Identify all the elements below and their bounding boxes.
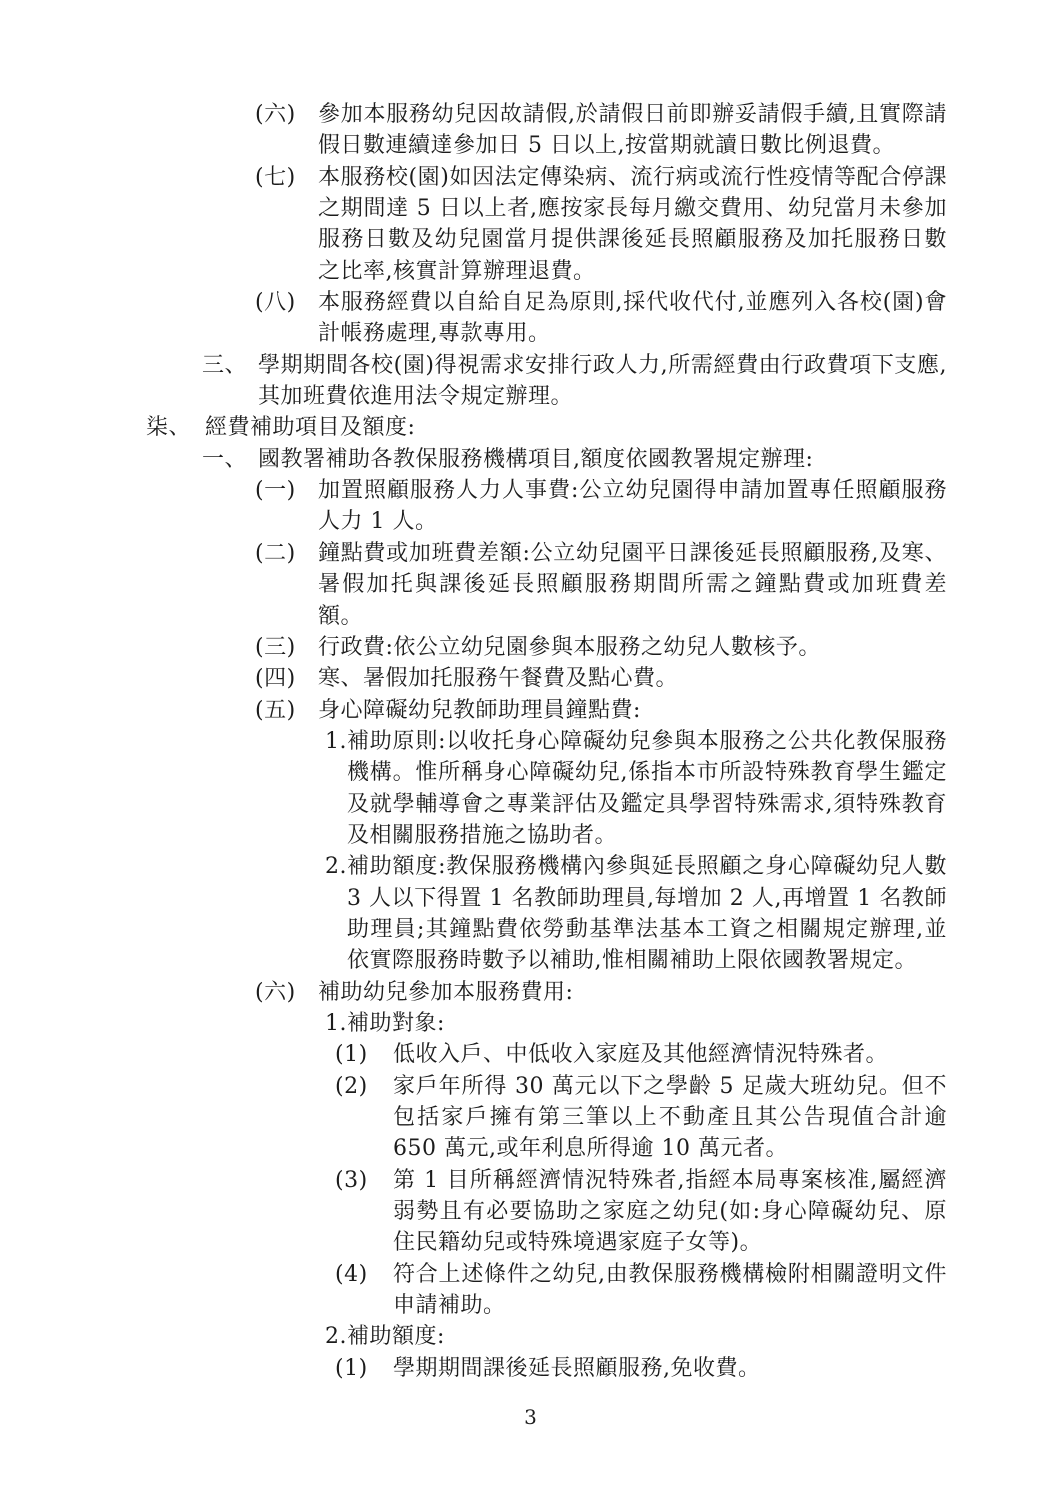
list-item-label: 2. [325,851,347,976]
list-item-text: 補助對象: [347,1008,947,1039]
list-item-label: (1) [335,1039,393,1070]
list-item-text: 國教署補助各教保服務機構項目,額度依國教署規定辦理: [258,444,947,475]
list-item-label: 1. [325,726,347,851]
list-item-text: 鐘點費或加班費差額:公立幼兒園平日課後延長照顧服務,及寒、暑假加托與課後延長照顧… [318,538,947,632]
list-item-label: (七) [255,162,318,287]
page-number: 3 [0,1405,1061,1429]
list-item-label: 一、 [202,444,258,475]
list-item-text: 補助額度:教保服務機構內參與延長照顧之身心障礙幼兒人數 3 人以下得置 1 名教… [347,851,947,976]
list-item-label: (一) [255,475,318,538]
list-item: (五) 身心障礙幼兒教師助理員鐘點費: [0,695,947,726]
list-item-label: 2. [325,1321,347,1352]
list-item-label: (四) [255,663,318,694]
list-item-text: 經費補助項目及額度: [205,412,947,443]
list-item-text: 補助原則:以收托身心障礙幼兒參與本服務之公共化教保服務機構。惟所稱身心障礙幼兒,… [347,726,947,851]
list-item: 2. 補助額度:教保服務機構內參與延長照顧之身心障礙幼兒人數 3 人以下得置 1… [0,851,947,976]
list-item: (四) 寒、暑假加托服務午餐費及點心費。 [0,663,947,694]
list-item-text: 本服務經費以自給自足為原則,採代收代付,並應列入各校(園)會計帳務處理,專款專用… [318,287,947,350]
list-item: 1. 補助原則:以收托身心障礙幼兒參與本服務之公共化教保服務機構。惟所稱身心障礙… [0,726,947,851]
list-item-text: 學期期間課後延長照顧服務,免收費。 [393,1353,947,1384]
list-item-text: 補助額度: [347,1321,947,1352]
list-item-label: (八) [255,287,318,350]
list-item: 1. 補助對象: [0,1008,947,1039]
list-item-label: (2) [335,1071,393,1165]
list-item-label: (1) [335,1353,393,1384]
list-item: 三、 學期期間各校(園)得視需求安排行政人力,所需經費由行政費項下支應,其加班費… [0,350,947,413]
list-item-text: 家戶年所得 30 萬元以下之學齡 5 足歲大班幼兒。但不包括家戶擁有第三筆以上不… [393,1071,947,1165]
list-item-text: 低收入戶、中低收入家庭及其他經濟情況特殊者。 [393,1039,947,1070]
list-item-label: 柒、 [146,412,205,443]
document-body: (六) 參加本服務幼兒因故請假,於請假日前即辦妥請假手續,且實際請假日數連續達參… [0,99,947,1384]
list-item-text: 學期期間各校(園)得視需求安排行政人力,所需經費由行政費項下支應,其加班費依進用… [258,350,947,413]
list-item-label: (二) [255,538,318,632]
list-item-text: 本服務校(園)如因法定傳染病、流行病或流行性疫情等配合停課之期間達 5 日以上者… [318,162,947,287]
list-item: (一) 加置照顧服務人力人事費:公立幼兒園得申請加置專任照顧服務人力 1 人。 [0,475,947,538]
list-item: (三) 行政費:依公立幼兒園參與本服務之幼兒人數核予。 [0,632,947,663]
list-item-label: 1. [325,1008,347,1039]
list-item: (4) 符合上述條件之幼兒,由教保服務機構檢附相關證明文件申請補助。 [0,1259,947,1322]
list-item: (1) 學期期間課後延長照顧服務,免收費。 [0,1353,947,1384]
list-item: (八) 本服務經費以自給自足為原則,採代收代付,並應列入各校(園)會計帳務處理,… [0,287,947,350]
list-item-label: (4) [335,1259,393,1322]
list-item-text: 第 1 目所稱經濟情況特殊者,指經本局專案核准,屬經濟弱勢且有必要協助之家庭之幼… [393,1165,947,1259]
list-item: (3) 第 1 目所稱經濟情況特殊者,指經本局專案核准,屬經濟弱勢且有必要協助之… [0,1165,947,1259]
list-item: 2. 補助額度: [0,1321,947,1352]
list-item-text: 補助幼兒參加本服務費用: [318,977,947,1008]
list-item: (二) 鐘點費或加班費差額:公立幼兒園平日課後延長照顧服務,及寒、暑假加托與課後… [0,538,947,632]
list-item-text: 身心障礙幼兒教師助理員鐘點費: [318,695,947,726]
list-item: 一、 國教署補助各教保服務機構項目,額度依國教署規定辦理: [0,444,947,475]
list-item: (2) 家戶年所得 30 萬元以下之學齡 5 足歲大班幼兒。但不包括家戶擁有第三… [0,1071,947,1165]
list-item: (六) 參加本服務幼兒因故請假,於請假日前即辦妥請假手續,且實際請假日數連續達參… [0,99,947,162]
list-item: 柒、 經費補助項目及額度: [0,412,947,443]
list-item: (六) 補助幼兒參加本服務費用: [0,977,947,1008]
list-item: (七) 本服務校(園)如因法定傳染病、流行病或流行性疫情等配合停課之期間達 5 … [0,162,947,287]
document-page: (六) 參加本服務幼兒因故請假,於請假日前即辦妥請假手續,且實際請假日數連續達參… [0,0,1061,1500]
list-item-label: (3) [335,1165,393,1259]
list-item-text: 加置照顧服務人力人事費:公立幼兒園得申請加置專任照顧服務人力 1 人。 [318,475,947,538]
list-item-text: 符合上述條件之幼兒,由教保服務機構檢附相關證明文件申請補助。 [393,1259,947,1322]
list-item-text: 參加本服務幼兒因故請假,於請假日前即辦妥請假手續,且實際請假日數連續達參加日 5… [318,99,947,162]
list-item-label: (六) [255,99,318,162]
list-item-text: 寒、暑假加托服務午餐費及點心費。 [318,663,947,694]
list-item-label: (六) [255,977,318,1008]
list-item-text: 行政費:依公立幼兒園參與本服務之幼兒人數核予。 [318,632,947,663]
list-item-label: 三、 [202,350,258,413]
list-item-label: (三) [255,632,318,663]
list-item-label: (五) [255,695,318,726]
list-item: (1) 低收入戶、中低收入家庭及其他經濟情況特殊者。 [0,1039,947,1070]
